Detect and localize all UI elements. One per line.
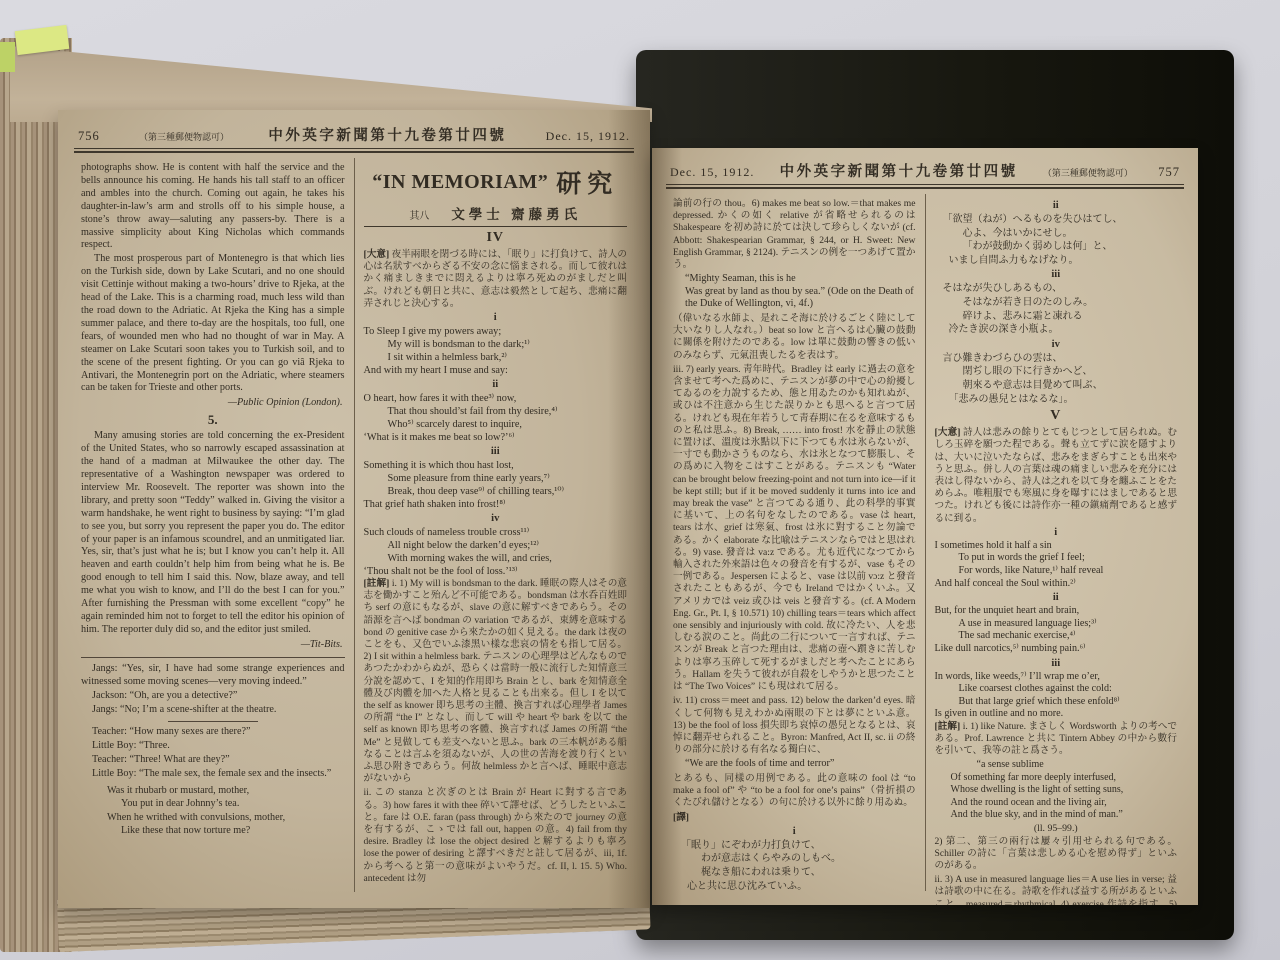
right-page: Dec. 15, 1912. 中外英字新聞第十九卷第廿四號 （第三種郵便物認可）… — [652, 148, 1198, 905]
right-page-header: Dec. 15, 1912. 中外英字新聞第十九卷第廿四號 （第三種郵便物認可）… — [664, 158, 1186, 182]
postal-permit-left: （第三種郵便物認可） — [139, 130, 229, 143]
stanza-number: i — [673, 826, 916, 838]
annotation-text: i. 1) My will is bondsman to the dark. 睡… — [364, 578, 628, 784]
poem-line: Such clouds of nameless trouble cross¹¹⁾ — [364, 526, 628, 539]
translation-line: そはなが若き日のたのしみ。 — [963, 296, 1178, 310]
quotation-line: And the blue sky, and in the mind of man… — [951, 809, 1178, 821]
right-page-column-2: ii 「欲望（ねが）へるものを失ひはてし、心よ、今はいかにせし。「わが鼓動かく弱… — [925, 194, 1187, 891]
poem-line: ‘Thou shalt not be the fool of loss.’¹³⁾ — [364, 565, 628, 578]
annotation-paragraph: 2) 第二、第三の兩行は屢々引用せられる句である。Schiller の詩に「言葉… — [935, 836, 1178, 873]
stanza-lines: In words, like weeds,⁷⁾ I’ll wrap me o’e… — [935, 671, 1178, 721]
annotation-paragraph: ii. この stanza と次ぎのとは Brain が Heart に對する言… — [364, 787, 628, 885]
stanza-lines: Such clouds of nameless trouble cross¹¹⁾… — [364, 526, 628, 578]
summary-paragraph: [大意] 詩人は悲みの餘りとてもじつとして居られぬ。むしろ玉碎を願つた程である。… — [935, 427, 1178, 525]
translation-heading: [譯] — [673, 812, 916, 824]
issue-date-right: Dec. 15, 1912. — [670, 165, 754, 180]
quotation-line: Whose dwelling is the light of setting s… — [951, 784, 1178, 796]
article-title-english: “IN MEMORIAM” — [372, 171, 548, 194]
left-page-column-2: “IN MEMORIAM” 研究 其八 文學士 齋藤勇氏 IV [大意] 夜半兩… — [354, 158, 637, 892]
verse-line: Like these that now torture me? — [121, 824, 345, 837]
summary-label: [大意] — [364, 249, 390, 260]
stanza-number: iii — [935, 269, 1178, 281]
annotation-label: [註解] — [364, 578, 390, 589]
translation-line: 「悲みの愚兒とはなるな」。 — [949, 393, 1178, 407]
quotation-block: “We are the fools of time and terror” — [685, 758, 916, 771]
stanza-number: iii — [364, 446, 628, 458]
poem-line: I sometimes hold it half a sin — [935, 540, 1178, 553]
article-title: “IN MEMORIAM” 研究 — [364, 164, 628, 200]
translation-line: そはなが失ひしあるもの、 — [943, 282, 1178, 296]
poem-line: In words, like weeds,⁷⁾ I’ll wrap me o’e… — [935, 671, 1178, 684]
stanza-number: ii — [935, 592, 1178, 604]
verse-line: Was it rhubarb or mustard, mother, — [107, 784, 345, 797]
poem-stanza: i To Sleep I give my powers away;My will… — [364, 312, 628, 377]
poem-line: But, for the unquiet heart and brain, — [935, 605, 1178, 618]
poem-line: O heart, how fares it with thee³⁾ now, — [364, 392, 628, 405]
poem-line: With morning wakes the will, and cries, — [388, 552, 628, 565]
stanza-number: ii — [935, 200, 1178, 212]
joke-line: Jangs: “No; I’m a scene-shifter at the t… — [81, 704, 345, 717]
poem-line: Like dull narcotics,⁵⁾ numbing pain.⁶⁾ — [935, 643, 1178, 656]
source-attribution: —Tit-Bits. — [81, 638, 343, 651]
poem-stanza: i I sometimes hold it half a sinTo put i… — [935, 527, 1178, 590]
joke-block: Teacher: “How many sexes are there?”Litt… — [81, 726, 345, 781]
translation-line: 朝來るや意志は目覺めて叫ぶ、 — [963, 379, 1178, 393]
summary-text: 詩人は悲みの餘りとてもじつとして居られぬ。むしろ玉碎を願つた程である。聲も立てず… — [935, 427, 1178, 523]
page-number-right: 757 — [1158, 165, 1180, 180]
poem-line: All night below the darken’d eyes;¹²⁾ — [388, 539, 628, 552]
poem-line: My will is bondsman to the dark;¹⁾ — [388, 338, 628, 351]
column-divider-rule — [81, 657, 345, 658]
joke-line: Teacher: “How many sexes are there?” — [81, 726, 345, 739]
left-page-column-1: photographs show. He is content with hal… — [72, 158, 354, 892]
translation-line: いまし自問ふ力もなげなり。 — [949, 254, 1178, 268]
poem-line: And with my heart I muse and say: — [364, 364, 628, 377]
quotation-line: And the round ocean and the living air, — [951, 797, 1178, 809]
stanza-lines: O heart, how fares it with thee³⁾ now,Th… — [364, 392, 628, 444]
poem-section-number: V — [935, 408, 1178, 424]
joke-line: Jackson: “Oh, are you a detective?” — [81, 690, 345, 703]
annotation-paragraph: iii. 7) early years. 靑年時代。Bradley は earl… — [673, 364, 916, 693]
article-paragraph: The most prosperous part of Montenegro i… — [81, 253, 345, 395]
translation-stanza: 言ひ難きわづらひの雲は、閉ぢし眼の下に行きかへど、朝來るや意志は目覺めて叫ぶ、「… — [943, 352, 1178, 406]
stanza-lines: But, for the unquiet heart and brain,A u… — [935, 605, 1178, 655]
issue-date-left: Dec. 15, 1912. — [546, 129, 630, 144]
annotation-paragraph: iv. 11) cross＝meet and pass. 12) below t… — [673, 695, 916, 756]
stanza-number: i — [935, 527, 1178, 539]
translation-stanza-group: ii 「欲望（ねが）へるものを失ひはてし、心よ、今はいかにせし。「わが鼓動かく弱… — [935, 200, 1178, 406]
translation-line: 梶なき船にわれは乗りて、 — [701, 866, 916, 880]
translation-stanza: 「眠り」にぞわが力打負けて、わが意志はくらやみのしもべ。梶なき船にわれは乗りて、… — [681, 839, 916, 893]
poem-stanza: iv Such clouds of nameless trouble cross… — [364, 513, 628, 578]
translation-line: 言ひ難きわづらひの雲は、 — [943, 352, 1178, 366]
poem-section-number: IV — [364, 230, 628, 246]
joke-block: Jangs: “Yes, sir, I have had some strang… — [81, 663, 345, 717]
annotation-paragraph: とあるも、同樣の用例である。此の意味の fool は “to make a fo… — [673, 773, 916, 810]
byline: 其八 文學士 齋藤勇氏 — [364, 203, 628, 223]
stanza-number: iv — [364, 513, 628, 525]
open-book-photo: 756 （第三種郵便物認可） 中外英字新聞第十九卷第廿四號 Dec. 15, 1… — [0, 0, 1280, 960]
translation-line: 碎けよ、悲みに霜と凍れる — [963, 310, 1178, 324]
header-double-rule-right — [666, 184, 1184, 189]
summary-text: 夜半兩眼を閉づる時には、「眠り」に打負けて、詩人の心は名狀すべからざる不安の念に… — [364, 249, 628, 309]
summary-paragraph: [大意] 夜半兩眼を閉づる時には、「眠り」に打負けて、詩人の心は名狀すべからざる… — [364, 249, 628, 310]
translation-line: わが意志はくらやみのしもべ。 — [701, 852, 916, 866]
poem-line: Like coarsest clothes against the cold: — [959, 683, 1178, 696]
joke-line: Teacher: “Three! What are they?” — [81, 754, 345, 767]
joke-line: Little Boy: “The male sex, the female se… — [81, 768, 345, 781]
poem-line: To Sleep I give my powers away; — [364, 325, 628, 338]
poem-line: That thou should’st fail from thy desire… — [388, 405, 628, 418]
stanza-number: i — [364, 312, 628, 324]
article-paragraph: Many amusing stories are told concerning… — [81, 430, 345, 637]
poem-stanza: ii O heart, how fares it with thee³⁾ now… — [364, 379, 628, 444]
poem-stanza: iii In words, like weeds,⁷⁾ I’ll wrap me… — [935, 658, 1178, 721]
poem-stanza: ii But, for the unquiet heart and brain,… — [935, 592, 1178, 655]
verse-line: When he writhed with convulsions, mother… — [107, 811, 345, 824]
poem-line: And half conceal the Soul within.²⁾ — [935, 578, 1178, 591]
translation-stanza: 「欲望（ねが）へるものを失ひはてし、心よ、今はいかにせし。「わが鼓動かく弱めしは… — [943, 213, 1178, 267]
poem-line: A use in measured language lies;³⁾ — [959, 618, 1178, 631]
quotation-line: “Mighty Seaman, this is he — [685, 273, 916, 286]
annotation-label: [註解] — [935, 721, 961, 732]
article-title-japanese: 研究 — [556, 164, 618, 200]
journal-title-right: 中外英字新聞第十九卷第廿四號 — [780, 160, 1018, 181]
poem-line: Who⁵⁾ scarcely darest to inquire, — [388, 418, 628, 431]
left-page-header: 756 （第三種郵便物認可） 中外英字新聞第十九卷第廿四號 Dec. 15, 1… — [72, 122, 636, 146]
translation-line: 心と共に思ひ沈みていふ。 — [687, 880, 916, 894]
translation-line: 「わが鼓動かく弱めしは何」と、 — [963, 240, 1178, 254]
poem-stanza: iii Something it is which thou hast lost… — [364, 446, 628, 511]
poem-line: Break, thou deep vase⁹⁾ of chilling tear… — [388, 485, 628, 498]
header-double-rule-left — [74, 148, 634, 153]
byline-rule — [364, 226, 628, 227]
stanza-number: iv — [935, 339, 1178, 351]
summary-label: [大意] — [935, 427, 961, 438]
poem-line: That grief hath shaken into frost!⁸⁾ — [364, 498, 628, 511]
poem-line: But that large grief which these enfold⁸… — [959, 696, 1178, 709]
journal-title-left: 中外英字新聞第十九卷第廿四號 — [268, 124, 506, 145]
translation-line: 心よ、今はいかにせし。 — [963, 227, 1178, 241]
quotation-line: Was great by land as thou by sea.” (Ode … — [685, 286, 916, 311]
section-number: 5. — [81, 412, 345, 428]
article-paragraph: photographs show. He is content with hal… — [81, 162, 345, 252]
annotation-paragraph: 論前の行の thou。6) makes me beat so low.＝that… — [673, 198, 916, 271]
stanza-lines: Something it is which thou hast lost,Som… — [364, 459, 628, 511]
page-number-left: 756 — [78, 129, 100, 144]
stanza-lines: To Sleep I give my powers away;My will i… — [364, 325, 628, 377]
source-attribution: —Public Opinion (London). — [81, 396, 343, 409]
postal-permit-right: （第三種郵便物認可） — [1043, 166, 1133, 179]
poem-line: For words, like Nature,¹⁾ half reveal — [959, 565, 1178, 578]
stanza-number: iii — [935, 658, 1178, 670]
translation-stanza: そはなが失ひしあるもの、そはなが若き日のたのしみ。碎けよ、悲みに霜と凍れる冷たき… — [943, 282, 1178, 336]
translation-line: 「眠り」にぞわが力打負けて、 — [681, 839, 916, 853]
poem-line: The sad mechanic exercise,⁴⁾ — [959, 630, 1178, 643]
annotation-paragraph: [註解] i. 1) My will is bondsman to the da… — [364, 578, 628, 785]
sticky-tab-green — [0, 42, 15, 72]
poem-line: ‘What is it makes me beat so low?’⁶⁾ — [364, 431, 628, 444]
short-divider-rule — [168, 721, 258, 722]
installment-number: 其八 — [409, 207, 429, 222]
quote-citation: (ll. 95–99.) — [935, 823, 1178, 834]
poem-line: Some pleasure from thine early years,⁷⁾ — [388, 472, 628, 485]
translation-line: 冷たき涙の深き小瓶よ。 — [949, 323, 1178, 337]
poem-line: Is given in outline and no more. — [935, 708, 1178, 721]
right-page-columns: 論前の行の thou。6) makes me beat so low.＝that… — [664, 194, 1186, 891]
translation-label: [譯] — [673, 812, 689, 823]
humour-verse: Was it rhubarb or mustard, mother,You pu… — [107, 784, 345, 838]
quotation-block: “Mighty Seaman, this is heWas great by l… — [685, 273, 916, 311]
poem-line: Something it is which thou hast lost, — [364, 459, 628, 472]
poem-line: I sit within a helmless bark,²⁾ — [388, 351, 628, 364]
quotation-line: “a sense sublime — [977, 759, 1178, 771]
translation-line: 閉ぢし眼の下に行きかへど、 — [963, 365, 1178, 379]
quotation-line: Of something far more deeply interfused, — [951, 772, 1178, 784]
joke-line: Little Boy: “Three. — [81, 740, 345, 753]
quotation-line: “We are the fools of time and terror” — [685, 758, 916, 771]
stanza-number: ii — [364, 379, 628, 391]
author-name: 文學士 齋藤勇氏 — [451, 203, 581, 223]
annotation-paragraph: （偉いなる水師よ、是れこそ海に於けるごとく陸にして大いなりし人なれ。）beat … — [673, 313, 916, 362]
poem-line: To put in words the grief I feel; — [959, 552, 1178, 565]
stanza-lines: I sometimes hold it half a sinTo put in … — [935, 540, 1178, 590]
annotation-paragraph: ii. 3) A use in measured language lies＝A… — [935, 874, 1178, 905]
joke-line: Jangs: “Yes, sir, I have had some strang… — [81, 663, 345, 689]
verse-line: You put in dear Johnny’s tea. — [121, 797, 345, 810]
wordsworth-quote: “a sense sublimeOf something far more de… — [951, 759, 1178, 821]
right-page-column-1: 論前の行の thou。6) makes me beat so low.＝that… — [664, 194, 925, 891]
annotation-paragraph: [註解] i. 1) like Nature. まさしく Wordsworth … — [935, 721, 1178, 758]
left-page-columns: photographs show. He is content with hal… — [72, 158, 636, 892]
left-page: 756 （第三種郵便物認可） 中外英字新聞第十九卷第廿四號 Dec. 15, 1… — [58, 110, 650, 908]
annotation-text: i. 1) like Nature. まさしく Wordsworth よりの考へ… — [935, 721, 1178, 756]
translation-line: 「欲望（ねが）へるものを失ひはてし、 — [943, 213, 1178, 227]
